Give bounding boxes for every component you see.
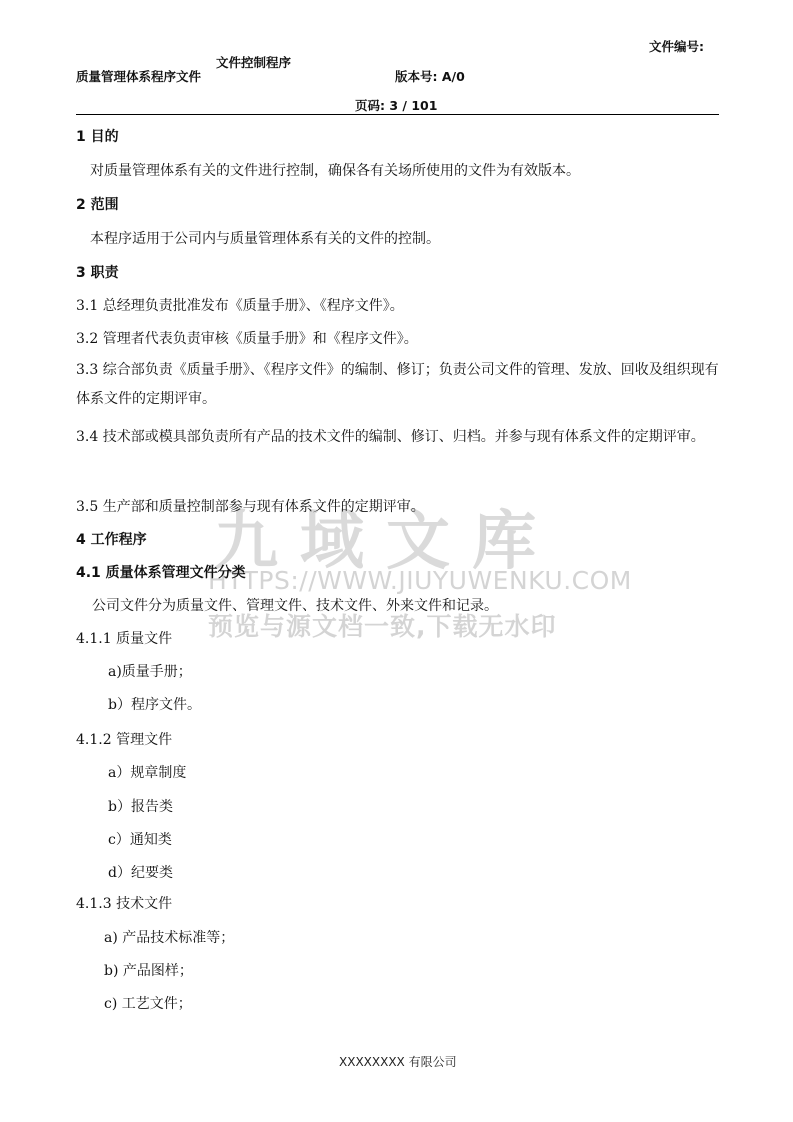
quality-docs-item-a: a)质量手册； bbox=[108, 661, 192, 681]
technical-docs-item-b: b) 产品图样； bbox=[104, 960, 193, 980]
technical-docs-item-a: a) 产品技术标准等； bbox=[104, 927, 234, 947]
footer-company: XXXXXXXX 有限公司 bbox=[339, 1053, 457, 1070]
section-3-heading: 3 职责 bbox=[76, 262, 119, 282]
procedure-title: 文件控制程序 bbox=[216, 53, 291, 71]
section-1-heading: 1 目的 bbox=[76, 126, 119, 146]
section-4-heading: 4 工作程序 bbox=[76, 529, 147, 549]
responsibility-3-5: 3.5 生产部和质量控制部参与现有体系文件的定期评审。 bbox=[76, 496, 425, 516]
section-2-body: 本程序适用于公司内与质量管理体系有关的文件的控制。 bbox=[90, 228, 440, 248]
management-docs-item-b: b）报告类 bbox=[108, 796, 173, 816]
management-docs-item-d: d）纪要类 bbox=[108, 862, 173, 882]
doc-number-label: 文件编号: bbox=[649, 37, 704, 55]
section-2-heading: 2 范围 bbox=[76, 194, 119, 214]
management-docs-item-a: a）规章制度 bbox=[108, 762, 186, 782]
watermark-url: HTTPS://WWW.JIUYUWENKU.COM bbox=[208, 566, 632, 595]
section-4-1-heading: 4.1 质量体系管理文件分类 bbox=[76, 562, 246, 582]
version: 版本号: A/0 bbox=[395, 67, 465, 85]
technical-docs-item-c: c) 工艺文件； bbox=[104, 993, 192, 1013]
management-docs-item-c: c）通知类 bbox=[108, 829, 172, 849]
header-divider bbox=[76, 114, 719, 115]
section-1-body: 对质量管理体系有关的文件进行控制，确保各有关场所使用的文件为有效版本。 bbox=[90, 160, 580, 180]
responsibility-3-4: 3.4 技术部或模具部负责所有产品的技术文件的编制、修订、归档。并参与现有体系文… bbox=[76, 423, 721, 452]
doc-category: 质量管理体系程序文件 bbox=[76, 67, 201, 85]
responsibility-3-3: 3.3 综合部负责《质量手册》、《程序文件》的编制、修订；负责公司文件的管理、发… bbox=[76, 356, 721, 414]
page-number: 页码: 3 / 101 bbox=[355, 96, 437, 114]
management-docs-heading: 4.1.2 管理文件 bbox=[76, 729, 172, 749]
technical-docs-heading: 4.1.3 技术文件 bbox=[76, 893, 172, 913]
section-4-1-body: 公司文件分为质量文件、管理文件、技术文件、外来文件和记录。 bbox=[92, 595, 498, 615]
quality-docs-heading: 4.1.1 质量文件 bbox=[76, 628, 172, 648]
responsibility-3-2: 3.2 管理者代表负责审核《质量手册》和《程序文件》。 bbox=[76, 328, 418, 348]
quality-docs-item-b: b）程序文件。 bbox=[108, 694, 201, 714]
responsibility-3-1: 3.1 总经理负责批准发布《质量手册》、《程序文件》。 bbox=[76, 295, 404, 315]
